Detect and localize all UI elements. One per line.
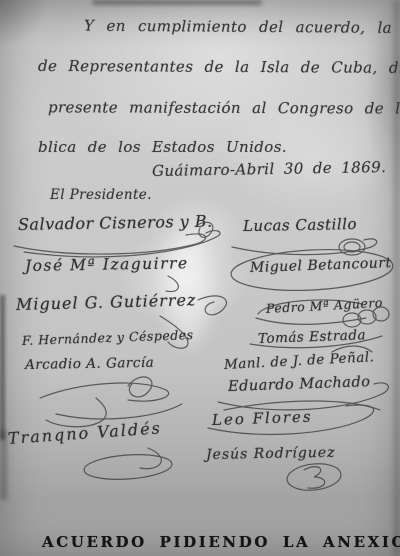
signature-flores: Leo Flores xyxy=(212,407,313,429)
handwritten-line-2: de Representantes de la Isla de Cuba, di… xyxy=(38,57,400,77)
handwritten-line-1: Y en cumplimiento del acuerdo, la Cámara xyxy=(84,17,400,38)
handwritten-line-4: blica de los Estados Unidos. xyxy=(38,138,287,156)
left-edge-smudge-lower xyxy=(0,430,7,500)
signature-pena: Manl. de J. de Peñal. xyxy=(224,349,375,373)
signature-gutierrez: Miguel G. Gutiérrez xyxy=(16,290,197,314)
signature-castillo: Lucas Castillo xyxy=(243,215,357,235)
signature-valdes: Tranqno Valdés xyxy=(7,418,162,448)
signature-aguero: Pedro Mª Agüero xyxy=(266,295,384,316)
manuscript-photo: Y en cumplimiento del acuerdo, la Cámara… xyxy=(0,0,400,556)
left-edge-smudge xyxy=(0,295,5,440)
handwritten-line-3: presente manifestación al Congreso de la… xyxy=(48,98,400,117)
caption-title: ACUERDO PIDIENDO LA ANEXION xyxy=(42,533,400,551)
signature-cisneros: Salvador Cisneros y B. xyxy=(18,212,213,234)
dateline: Guáimaro-Abril 30 de 1869. xyxy=(152,158,387,180)
signature-izaguirre: José Mª Izaguirre xyxy=(25,254,189,275)
signature-flourishes xyxy=(0,0,400,556)
right-edge-shade xyxy=(393,0,400,556)
signature-hernandez: F. Hernández y Céspedes xyxy=(22,327,194,348)
signature-rodriguez: Jesús Rodríguez xyxy=(206,445,336,463)
signature-betancourt: Miguel Betancourt xyxy=(250,255,392,276)
president-line: El Presidente. xyxy=(50,187,152,203)
signature-machado: Eduardo Machado xyxy=(228,374,371,395)
signature-garcia: Arcadio A. García xyxy=(25,355,155,373)
signature-estrada: Tomás Estrada xyxy=(258,327,367,347)
top-edge-smudge xyxy=(92,0,262,5)
